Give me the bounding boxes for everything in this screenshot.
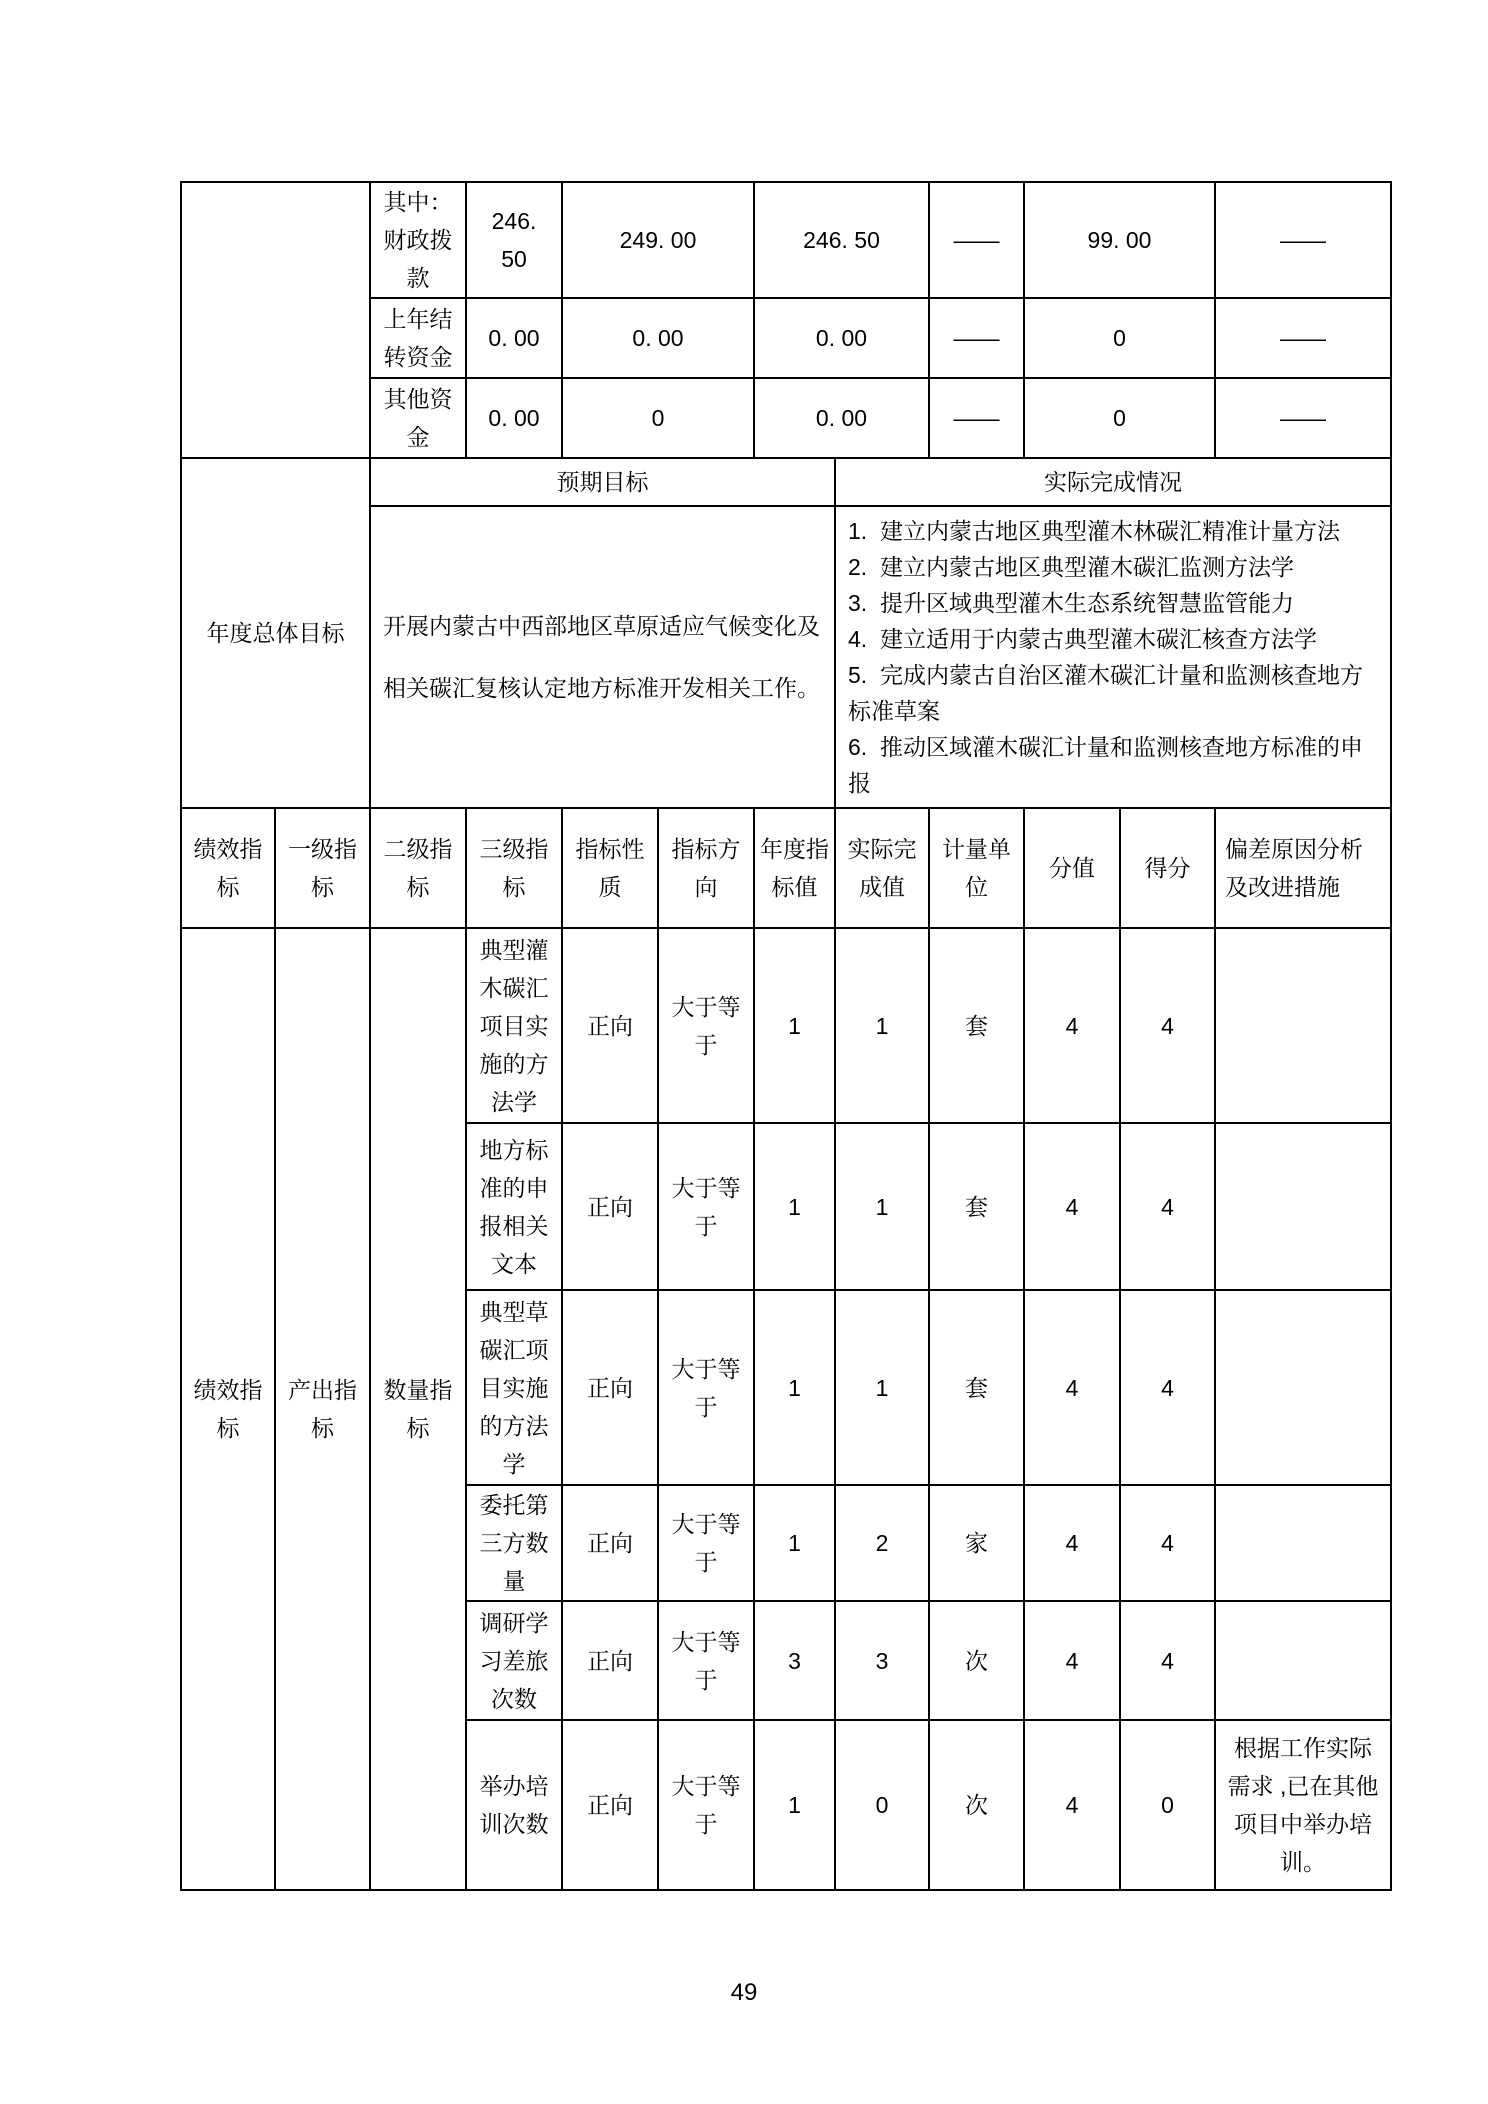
unit: 套 <box>929 1123 1024 1290</box>
deviation-cell <box>1215 1601 1391 1720</box>
score: 0 <box>1120 1720 1215 1890</box>
score: 4 <box>1120 1601 1215 1720</box>
unit: 次 <box>929 1601 1024 1720</box>
points: 4 <box>1024 1123 1120 1290</box>
group-output-indicator: 产出指标 <box>275 928 370 1890</box>
funding-label: 其他资金 <box>370 378 466 458</box>
header-annual-target: 年度指标值 <box>754 808 835 928</box>
funding-value: 0. 00 <box>466 378 562 458</box>
header-performance-indicator: 绩效指标 <box>181 808 275 928</box>
funding-value: 0. 00 <box>754 378 929 458</box>
funding-value: 0. 00 <box>562 298 754 378</box>
unit: 套 <box>929 928 1024 1123</box>
funding-value: —— <box>929 182 1024 298</box>
header-score: 得分 <box>1120 808 1215 928</box>
deviation-cell <box>1215 1123 1391 1290</box>
deviation-cell <box>1215 928 1391 1123</box>
header-actual-value: 实际完成值 <box>835 808 929 928</box>
funding-value: 0. 00 <box>466 298 562 378</box>
funding-value: 246. 50 <box>754 182 929 298</box>
points: 4 <box>1024 1720 1120 1890</box>
indicator-nature: 正向 <box>562 1290 658 1485</box>
indicator-name: 调研学习差旅次数 <box>466 1601 562 1720</box>
indicator-nature: 正向 <box>562 1601 658 1720</box>
header-points: 分值 <box>1024 808 1120 928</box>
indicator-direction: 大于等于 <box>658 1601 754 1720</box>
annual-target-value: 1 <box>754 1720 835 1890</box>
funding-spanner-cell <box>181 182 370 458</box>
funding-row: 其中：财政拨款 246. 50 249. 00 246. 50 —— 99. 0… <box>181 182 1391 298</box>
funding-value: 0. 00 <box>754 298 929 378</box>
funding-value: —— <box>1215 182 1391 298</box>
expected-goal-text: 开展内蒙古中西部地区草原适应气候变化及相关碳汇复核认定地方标准开发相关工作。 <box>370 506 835 808</box>
unit: 家 <box>929 1485 1024 1601</box>
actual-completion-item: 5. 完成内蒙古自治区灌木碳汇计量和监测核查地方标准草案 <box>848 657 1378 729</box>
indicator-direction: 大于等于 <box>658 1720 754 1890</box>
funding-value: —— <box>1215 298 1391 378</box>
indicator-name: 典型灌木碳汇项目实施的方法学 <box>466 928 562 1123</box>
score: 4 <box>1120 1290 1215 1485</box>
points: 4 <box>1024 1601 1120 1720</box>
indicator-direction: 大于等于 <box>658 1485 754 1601</box>
header-unit: 计量单位 <box>929 808 1024 928</box>
points: 4 <box>1024 928 1120 1123</box>
indicator-name: 委托第三方数量 <box>466 1485 562 1601</box>
page-number: 49 <box>0 1978 1488 2008</box>
indicator-direction: 大于等于 <box>658 1123 754 1290</box>
indicator-direction: 大于等于 <box>658 928 754 1123</box>
indicator-nature: 正向 <box>562 1485 658 1601</box>
header-level1-indicator: 一级指标 <box>275 808 370 928</box>
header-indicator-nature: 指标性质 <box>562 808 658 928</box>
indicator-direction: 大于等于 <box>658 1290 754 1485</box>
score: 4 <box>1120 928 1215 1123</box>
annual-target-value: 3 <box>754 1601 835 1720</box>
header-deviation-analysis: 偏差原因分析及改进措施 <box>1215 808 1391 928</box>
indicator-name: 典型草碳汇项目实施的方法学 <box>466 1290 562 1485</box>
annual-target-value: 1 <box>754 1485 835 1601</box>
group-performance-indicator: 绩效指标 <box>181 928 275 1890</box>
actual-completion-item: 4. 建立适用于内蒙古典型灌木碳汇核查方法学 <box>848 621 1378 657</box>
indicator-name: 举办培训次数 <box>466 1720 562 1890</box>
deviation-cell <box>1215 1485 1391 1601</box>
indicator-nature: 正向 <box>562 1123 658 1290</box>
funding-value: 0 <box>1024 378 1215 458</box>
header-level3-indicator: 三级指标 <box>466 808 562 928</box>
funding-label: 上年结转资金 <box>370 298 466 378</box>
actual-completion-header: 实际完成情况 <box>835 458 1391 506</box>
performance-evaluation-table: 其中：财政拨款 246. 50 249. 00 246. 50 —— 99. 0… <box>180 181 1392 1891</box>
actual-completion-item: 6. 推动区域灌木碳汇计量和监测核查地方标准的申报 <box>848 729 1378 801</box>
score: 4 <box>1120 1123 1215 1290</box>
score: 4 <box>1120 1485 1215 1601</box>
annual-target-value: 1 <box>754 1123 835 1290</box>
unit: 次 <box>929 1720 1024 1890</box>
deviation-cell <box>1215 1290 1391 1485</box>
unit: 套 <box>929 1290 1024 1485</box>
actual-value: 1 <box>835 1123 929 1290</box>
actual-value: 3 <box>835 1601 929 1720</box>
indicator-nature: 正向 <box>562 1720 658 1890</box>
annual-goal-header-row: 年度总体目标 预期目标 实际完成情况 <box>181 458 1391 506</box>
points: 4 <box>1024 1290 1120 1485</box>
document-page: { "funding_section": { "rows": [ { "labe… <box>0 0 1488 2104</box>
indicator-name: 地方标准的申报相关文本 <box>466 1123 562 1290</box>
funding-label: 其中：财政拨款 <box>370 182 466 298</box>
group-quantity-indicator: 数量指标 <box>370 928 466 1890</box>
annual-target-value: 1 <box>754 928 835 1123</box>
indicator-nature: 正向 <box>562 928 658 1123</box>
header-indicator-direction: 指标方向 <box>658 808 754 928</box>
actual-value: 1 <box>835 1290 929 1485</box>
actual-completion-list: 1. 建立内蒙古地区典型灌木林碳汇精准计量方法 2. 建立内蒙古地区典型灌木碳汇… <box>835 506 1391 808</box>
header-level2-indicator: 二级指标 <box>370 808 466 928</box>
deviation-cell: 根据工作实际需求 ,已在其他项目中举办培训。 <box>1215 1720 1391 1890</box>
actual-value: 1 <box>835 928 929 1123</box>
funding-value: 246. 50 <box>466 182 562 298</box>
funding-value: 249. 00 <box>562 182 754 298</box>
actual-value: 2 <box>835 1485 929 1601</box>
actual-completion-item: 3. 提升区域典型灌木生态系统智慧监管能力 <box>848 585 1378 621</box>
funding-value: 0 <box>1024 298 1215 378</box>
points: 4 <box>1024 1485 1120 1601</box>
indicator-header-row: 绩效指标 一级指标 二级指标 三级指标 指标性质 指标方向 年度指标值 实际完成… <box>181 808 1391 928</box>
actual-value: 0 <box>835 1720 929 1890</box>
indicator-row: 绩效指标 产出指标 数量指标 典型灌木碳汇项目实施的方法学 正向 大于等于 1 … <box>181 928 1391 1123</box>
annual-target-value: 1 <box>754 1290 835 1485</box>
funding-value: 0 <box>562 378 754 458</box>
expected-goal-header: 预期目标 <box>370 458 835 506</box>
funding-value: —— <box>929 378 1024 458</box>
actual-completion-item: 2. 建立内蒙古地区典型灌木碳汇监测方法学 <box>848 549 1378 585</box>
actual-completion-item: 1. 建立内蒙古地区典型灌木林碳汇精准计量方法 <box>848 513 1378 549</box>
funding-value: 99. 00 <box>1024 182 1215 298</box>
funding-value: —— <box>929 298 1024 378</box>
annual-goal-label: 年度总体目标 <box>181 458 370 808</box>
funding-value: —— <box>1215 378 1391 458</box>
